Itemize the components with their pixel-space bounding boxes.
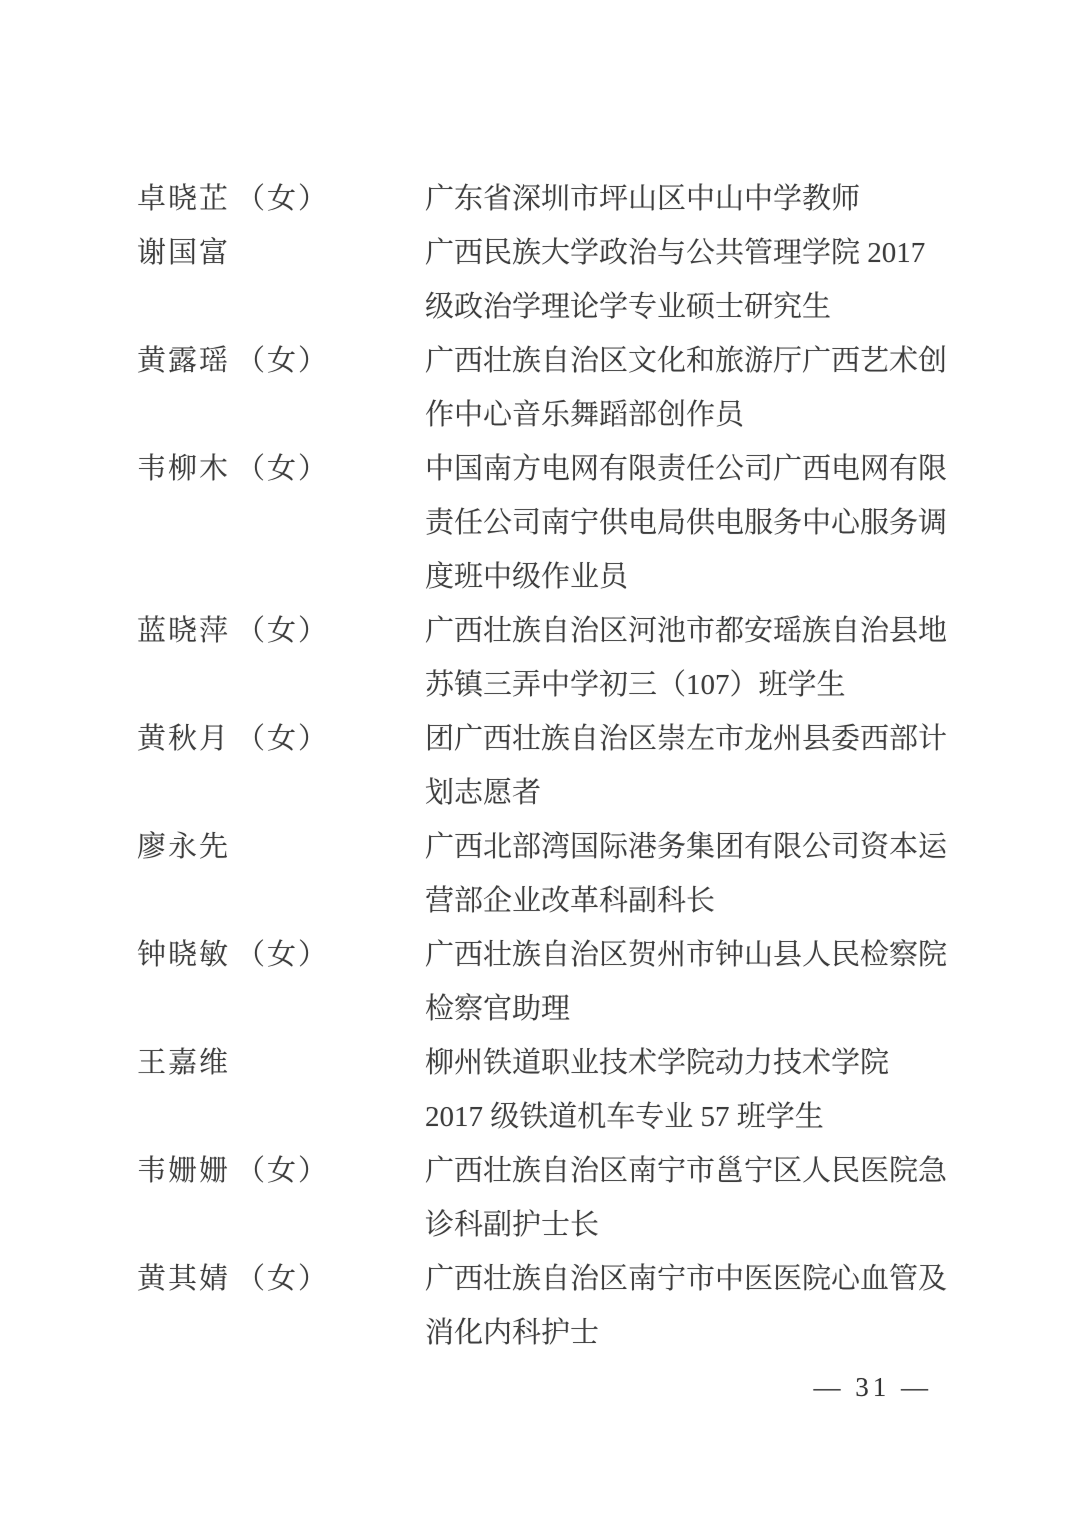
person-name: 卓晓芷 <box>137 183 230 215</box>
roster-list: 卓晓芷（女） 广东省深圳市坪山区中山中学教师 谢国富 广西民族大学政治与公共管理… <box>137 172 950 1360</box>
gender-note: （女） <box>236 615 329 647</box>
page-number: — 31 — <box>814 1372 933 1402</box>
entry-name-cell: 黄其婧（女） <box>137 1252 425 1306</box>
roster-entry: 卓晓芷（女） 广东省深圳市坪山区中山中学教师 <box>137 172 950 226</box>
roster-entry: 黄其婧（女） 广西壮族自治区南宁市中医医院心血管及消化内科护士 <box>137 1252 950 1360</box>
entry-name-cell: 钟晓敏（女） <box>137 928 425 982</box>
entry-name-cell: 谢国富 <box>137 226 425 280</box>
entry-description: 广西壮族自治区南宁市中医医院心血管及消化内科护士 <box>425 1252 950 1360</box>
gender-note: （女） <box>236 1263 329 1295</box>
entry-description: 广东省深圳市坪山区中山中学教师 <box>425 172 950 226</box>
entry-name-cell: 卓晓芷（女） <box>137 172 425 226</box>
roster-entry: 钟晓敏（女） 广西壮族自治区贺州市钟山县人民检察院检察官助理 <box>137 928 950 1036</box>
roster-entry: 廖永先 广西北部湾国际港务集团有限公司资本运营部企业改革科副科长 <box>137 820 950 928</box>
entry-description: 柳州铁道职业技术学院动力技术学院 2017 级铁道机车专业 57 班学生 <box>425 1036 950 1144</box>
person-name: 王嘉维 <box>137 1047 230 1079</box>
entry-name-cell: 王嘉维 <box>137 1036 425 1090</box>
entry-description: 中国南方电网有限责任公司广西电网有限责任公司南宁供电局供电服务中心服务调度班中级… <box>425 442 950 604</box>
person-name: 韦姗姗 <box>137 1155 230 1187</box>
entry-description: 广西壮族自治区文化和旅游厅广西艺术创作中心音乐舞蹈部创作员 <box>425 334 950 442</box>
person-name: 谢国富 <box>137 237 230 269</box>
gender-note: （女） <box>236 939 329 971</box>
roster-entry: 黄露瑶（女） 广西壮族自治区文化和旅游厅广西艺术创作中心音乐舞蹈部创作员 <box>137 334 950 442</box>
entry-description: 广西壮族自治区河池市都安瑶族自治县地苏镇三弄中学初三（107）班学生 <box>425 604 950 712</box>
roster-entry: 黄秋月（女） 团广西壮族自治区崇左市龙州县委西部计划志愿者 <box>137 712 950 820</box>
entry-name-cell: 韦柳木（女） <box>137 442 425 496</box>
person-name: 黄露瑶 <box>137 345 230 377</box>
person-name: 黄秋月 <box>137 723 230 755</box>
roster-entry: 韦姗姗（女） 广西壮族自治区南宁市邕宁区人民医院急诊科副护士长 <box>137 1144 950 1252</box>
page-footer: — 31 — <box>814 1360 933 1414</box>
gender-note: （女） <box>236 723 329 755</box>
entry-description: 广西民族大学政治与公共管理学院 2017 级政治学理论学专业硕士研究生 <box>425 226 950 334</box>
person-name: 廖永先 <box>137 831 230 863</box>
entry-description: 广西壮族自治区南宁市邕宁区人民医院急诊科副护士长 <box>425 1144 950 1252</box>
document-page: 卓晓芷（女） 广东省深圳市坪山区中山中学教师 谢国富 广西民族大学政治与公共管理… <box>0 0 1080 1527</box>
roster-entry: 韦柳木（女） 中国南方电网有限责任公司广西电网有限责任公司南宁供电局供电服务中心… <box>137 442 950 604</box>
person-name: 蓝晓萍 <box>137 615 230 647</box>
entry-description: 广西壮族自治区贺州市钟山县人民检察院检察官助理 <box>425 928 950 1036</box>
roster-entry: 蓝晓萍（女） 广西壮族自治区河池市都安瑶族自治县地苏镇三弄中学初三（107）班学… <box>137 604 950 712</box>
roster-entry: 谢国富 广西民族大学政治与公共管理学院 2017 级政治学理论学专业硕士研究生 <box>137 226 950 334</box>
person-name: 黄其婧 <box>137 1263 230 1295</box>
gender-note: （女） <box>236 345 329 377</box>
roster-entry: 王嘉维 柳州铁道职业技术学院动力技术学院 2017 级铁道机车专业 57 班学生 <box>137 1036 950 1144</box>
entry-name-cell: 韦姗姗（女） <box>137 1144 425 1198</box>
gender-note: （女） <box>236 453 329 485</box>
person-name: 韦柳木 <box>137 453 230 485</box>
gender-note: （女） <box>236 1155 329 1187</box>
entry-name-cell: 黄露瑶（女） <box>137 334 425 388</box>
person-name: 钟晓敏 <box>137 939 230 971</box>
entry-description: 团广西壮族自治区崇左市龙州县委西部计划志愿者 <box>425 712 950 820</box>
gender-note: （女） <box>236 183 329 215</box>
entry-name-cell: 黄秋月（女） <box>137 712 425 766</box>
entry-description: 广西北部湾国际港务集团有限公司资本运营部企业改革科副科长 <box>425 820 950 928</box>
entry-name-cell: 廖永先 <box>137 820 425 874</box>
entry-name-cell: 蓝晓萍（女） <box>137 604 425 658</box>
